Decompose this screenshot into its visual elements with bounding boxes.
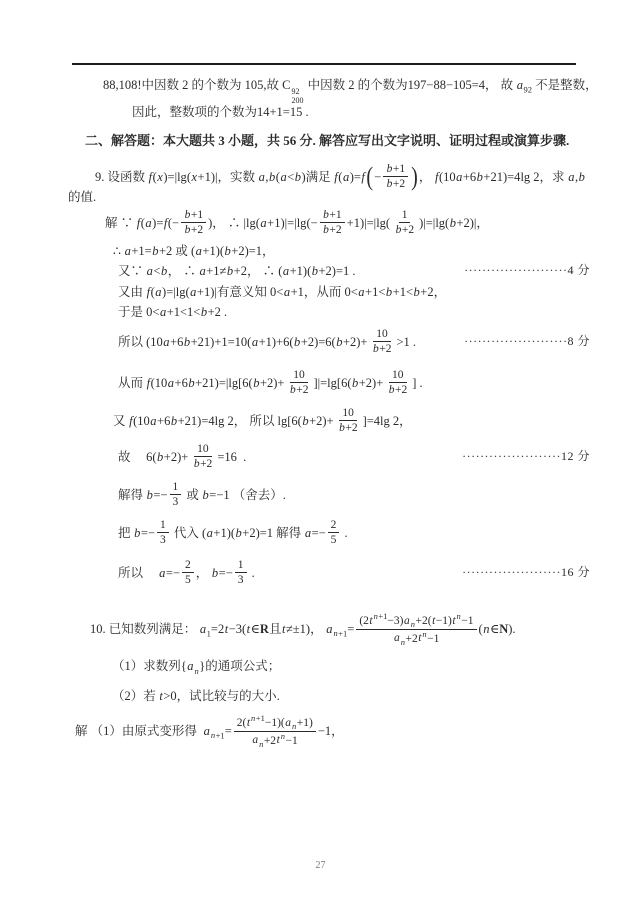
- text-run: )|=|lg(b+2)|，: [419, 215, 489, 231]
- fraction: 25: [328, 518, 340, 548]
- text-run: 从而 f(10a+6b+21)=|lg[6(b+2)+: [118, 375, 284, 391]
- score-mark: ·······················4 分: [464, 263, 590, 279]
- text-run: −: [374, 169, 381, 185]
- score-mark: ·······················8 分: [464, 334, 590, 350]
- problem-9-step-2: ∴ a+1=b+2 或 (a+1)(b+2)=1，: [113, 243, 275, 259]
- fraction: 10b+2: [369, 327, 394, 357]
- fraction: 13: [235, 558, 247, 588]
- fraction: 10b+2: [385, 368, 410, 398]
- problem-9-step-9: 故 6(b+2)+10b+2=16 .·····················…: [118, 442, 590, 472]
- document-page: 88,108!中因数 2 的个数为 105,故 C92200 中因数 2 的个数…: [0, 0, 641, 906]
- text-run: 故 6(b+2)+: [118, 449, 188, 465]
- score-mark: ······················16 分: [462, 565, 590, 581]
- fraction: 2(tn+1−1)(an+1)an+2tn−1: [234, 714, 316, 748]
- text-run: （2）若 t>0，试比较与的大小.: [112, 688, 280, 704]
- top-divider: [72, 63, 576, 65]
- problem-9-step-7: 从而 f(10a+6b+21)=|lg[6(b+2)+10b+2]|=lg[6(…: [118, 368, 423, 398]
- text-run: 又∵ a<b， ∴ a+1≠b+2， ∴ (a+1)(b+2)=1 .: [118, 263, 356, 279]
- text-run: −1，: [318, 723, 344, 739]
- text-run: =16 .: [217, 449, 246, 465]
- problem-9-step-3: 又∵ a<b， ∴ a+1≠b+2， ∴ (a+1)(b+2)=1 .·····…: [118, 263, 590, 279]
- big-paren: (: [366, 160, 373, 194]
- text-run: 10. 已知数列满足： a1=2t−3(t∈R且t≠±1)， an+1=: [90, 621, 354, 638]
- fraction: (2tn+1−3)an+2(t−1)tn−1an+2tn−1: [356, 612, 476, 646]
- text-run: 二、解答题：本大题共 3 小题，共 56 分. 解答应写出文字说明、证明过程或演…: [85, 133, 569, 150]
- problem-9-step-10: 解得 b=−13 或 b=−1 （舍去）.: [118, 480, 286, 510]
- text-run: 88,108!中因数 2 的个数为 105,故 C92200 中因数 2 的个数…: [103, 77, 598, 105]
- text-run: 因此，整数项的个数为14+1=15 .: [132, 104, 309, 120]
- problem-10-statement: 10. 已知数列满足： a1=2t−3(t∈R且t≠±1)， an+1=(2tn…: [90, 612, 516, 646]
- fraction: 10b+2: [190, 442, 215, 472]
- fraction: 13: [157, 518, 169, 548]
- problem-10-part-2: （2）若 t>0，试比较与的大小.: [112, 688, 280, 704]
- stacked-sup-sub: 92200: [292, 87, 304, 105]
- fraction: 25: [182, 558, 194, 588]
- fraction: 13: [170, 480, 182, 510]
- text-run: 9. 设函数 f(x)=|lg(x+1)|，实数 a,b(a<b)满足 f(a)…: [95, 169, 365, 185]
- problem-10-solution-step-1: 解 （1）由原式变形得 an+1=2(tn+1−1)(an+1)an+2tn−1…: [75, 714, 344, 748]
- problem-9-step-1: 解 ∵ f(a)=f(−b+1b+2)， ∴ |lg(a+1)|=|lg(−b+…: [105, 208, 489, 238]
- carryover-line: 88,108!中因数 2 的个数为 105,故 C92200 中因数 2 的个数…: [103, 77, 598, 105]
- text-run: 又 f(10a+6b+21)=4lg 2， 所以 lg[6(b+2)+: [113, 413, 334, 429]
- text-run: ] .: [412, 375, 422, 391]
- text-run: (n∈N).: [479, 621, 516, 637]
- text-run: ， b=−: [196, 565, 233, 581]
- text-run: 解 ∵ f(a)=f(−: [105, 215, 179, 231]
- problem-9-step-12: 所以 a=−25， b=−13 .······················1…: [118, 558, 590, 588]
- text-run: 所以 a=−: [118, 565, 180, 581]
- fraction: 10b+2: [336, 406, 361, 436]
- text-run: +1)|=|lg(: [347, 215, 390, 231]
- text-run: ∴ a+1=b+2 或 (a+1)(b+2)=1，: [113, 243, 275, 259]
- text-run: 解得 b=−: [118, 487, 168, 503]
- fraction: 10b+2: [286, 368, 311, 398]
- fraction: b+1b+2: [181, 208, 206, 238]
- text-run: .: [249, 565, 255, 581]
- problem-9-statement-line-1: 9. 设函数 f(x)=|lg(x+1)|，实数 a,b(a<b)满足 f(a)…: [95, 162, 585, 192]
- carryover-conclusion: 因此，整数项的个数为14+1=15 .: [132, 104, 309, 120]
- text-run: 或 b=−1 （舍去）.: [183, 487, 286, 503]
- text-run: 所以 (10a+6b+21)+1=10(a+1)+6(b+2)=6(b+2)+: [118, 334, 367, 350]
- text-run: 把 b=−: [118, 525, 155, 541]
- text-run: >1 .: [396, 334, 416, 350]
- problem-9-step-11: 把 b=−13 代入 (a+1)(b+2)=1 解得 a=−25 .: [118, 518, 348, 548]
- text-run: 代入 (a+1)(b+2)=1 解得 a=−: [171, 525, 326, 541]
- problem-9-step-5: 于是 0<a+1<1<b+2 .: [118, 304, 227, 320]
- score-mark: ······················12 分: [462, 449, 590, 465]
- text-run: ]|=lg[6(b+2)+: [313, 375, 383, 391]
- text-run: 的值.: [68, 189, 96, 205]
- fraction: b+1b+2: [320, 208, 345, 238]
- text-run: 解 （1）由原式变形得 an+1=: [75, 723, 232, 740]
- text-run: 又由 f(a)=|lg(a+1)|有意义知 0<a+1，从而 0<a+1<b+1…: [118, 284, 446, 300]
- text-run: ， f(10a+6b+21)=4lg 2，求 a,b: [419, 169, 586, 185]
- page-number: 27: [0, 860, 641, 871]
- text-run: （1）求数列{an}的通项公式；: [112, 658, 280, 675]
- text-run: 于是 0<a+1<1<b+2 .: [118, 304, 227, 320]
- problem-9-step-6: 所以 (10a+6b+21)+1=10(a+1)+6(b+2)=6(b+2)+1…: [118, 327, 590, 357]
- section-heading: 二、解答题：本大题共 3 小题，共 56 分. 解答应写出文字说明、证明过程或演…: [85, 133, 569, 150]
- text-run: .: [341, 525, 347, 541]
- fraction: b+1b+2: [383, 162, 408, 192]
- fraction: 1b+2: [392, 208, 417, 238]
- problem-9-statement-line-2: 的值.: [68, 189, 96, 205]
- problem-10-part-1: （1）求数列{an}的通项公式；: [112, 658, 280, 675]
- problem-9-step-4: 又由 f(a)=|lg(a+1)|有意义知 0<a+1，从而 0<a+1<b+1…: [118, 284, 446, 300]
- text-run: )， ∴ |lg(a+1)|=|lg(−: [208, 215, 318, 231]
- big-paren: ): [411, 160, 418, 194]
- text-run: ]=4lg 2，: [363, 413, 412, 429]
- problem-9-step-8: 又 f(10a+6b+21)=4lg 2， 所以 lg[6(b+2)+10b+2…: [113, 406, 412, 436]
